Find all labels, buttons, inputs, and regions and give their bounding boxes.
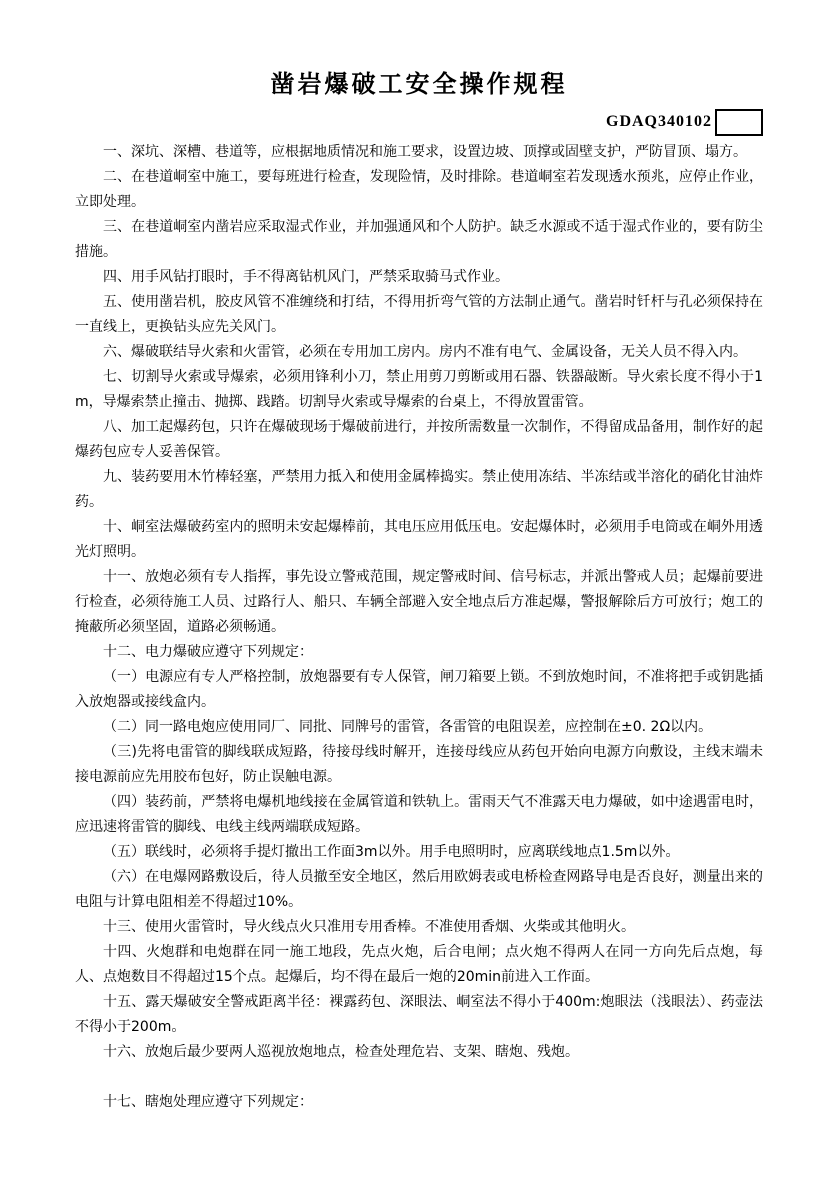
paragraph: 一、深坑、深槽、巷道等，应根据地质情况和施工要求，设置边坡、顶撑或固壁支护，严防… bbox=[75, 140, 763, 165]
paragraph: （一）电源应有专人严格控制，放炮器要有专人保管，闸刀箱要上锁。不到放炮时间，不准… bbox=[75, 665, 763, 715]
paragraph: 九、装药要用木竹棒轻塞，严禁用力抵入和使用金属棒捣实。禁止使用冻结、半冻结或半溶… bbox=[75, 465, 763, 515]
paragraph: 十一、放炮必须有专人指挥，事先设立警戒范围，规定警戒时间、信号标志，并派出警戒人… bbox=[75, 565, 763, 640]
paragraph: 十五、露天爆破安全警戒距离半径：裸露药包、深眼法、峒室法不得小于400m:炮眼法… bbox=[75, 990, 763, 1040]
paragraph: 十六、放炮后最少要两人巡视放炮地点，检查处理危岩、支架、瞎炮、残炮。 bbox=[75, 1040, 763, 1065]
paragraph: 十七、瞎炮处理应遵守下列规定： bbox=[75, 1090, 763, 1115]
document-body: 一、深坑、深槽、巷道等，应根据地质情况和施工要求，设置边坡、顶撑或固壁支护，严防… bbox=[75, 140, 763, 1115]
document-code: GDAQ340102 bbox=[606, 113, 712, 131]
paragraph: 八、加工起爆药包，只许在爆破现场于爆破前进行，并按所需数量一次制作，不得留成品备… bbox=[75, 415, 763, 465]
paragraph: 十四、火炮群和电炮群在同一施工地段，先点火炮，后合电闸；点火炮不得两人在同一方向… bbox=[75, 940, 763, 990]
paragraph: （二）同一路电炮应使用同厂、同批、同牌号的雷管，各雷管的电阻误差，应控制在±0.… bbox=[75, 715, 763, 740]
paragraph: （三)先将电雷管的脚线联成短路，待接母线时解开，连接母线应从药包开始向电源方向敷… bbox=[75, 740, 763, 790]
paragraph: 十、峒室法爆破药室内的照明未安起爆棒前，其电压应用低压电。安起爆体时，必须用手电… bbox=[75, 515, 763, 565]
paragraph: 三、在巷道峒室内凿岩应采取湿式作业，并加强通风和个人防护。缺乏水源或不适于湿式作… bbox=[75, 215, 763, 265]
paragraph: （五）联线时，必须将手提灯撤出工作面3m以外。用手电照明时，应离联线地点1.5m… bbox=[75, 840, 763, 865]
paragraph: 七、切割导火索或导爆索，必须用锋利小刀，禁止用剪刀剪断或用石器、铁器敲断。导火索… bbox=[75, 365, 763, 415]
paragraph: （六）在电爆网路敷设后，待人员撤至安全地区，然后用欧姆表或电桥检查网路导电是否良… bbox=[75, 865, 763, 915]
paragraph: 十三、使用火雷管时，导火线点火只准用专用香棒。不准使用香烟、火柴或其他明火。 bbox=[75, 915, 763, 940]
paragraph: 十二、电力爆破应遵守下列规定： bbox=[75, 640, 763, 665]
document-code-row: GDAQ340102 bbox=[75, 108, 763, 136]
paragraph: 四、用手风钻打眼时，手不得离钻机风门，严禁采取骑马式作业。 bbox=[75, 265, 763, 290]
code-entry-box bbox=[715, 109, 763, 136]
paragraph: 五、使用凿岩机，胶皮风管不准缠绕和打结，不得用折弯气管的方法制止通气。凿岩时钎杆… bbox=[75, 290, 763, 340]
paragraph: （四）装药前，严禁将电爆机地线接在金属管道和铁轨上。雷雨天气不准露天电力爆破，如… bbox=[75, 790, 763, 840]
document-title: 凿岩爆破工安全操作规程 bbox=[75, 70, 763, 100]
paragraph: 六、爆破联结导火索和火雷管，必须在专用加工房内。房内不准有电气、金属设备，无关人… bbox=[75, 340, 763, 365]
paragraph: 二、在巷道峒室中施工，要每班进行检查，发现险情，及时排除。巷道峒室若发现透水预兆… bbox=[75, 165, 763, 215]
blank-line bbox=[75, 1065, 763, 1090]
document-page: 凿岩爆破工安全操作规程 GDAQ340102 一、深坑、深槽、巷道等，应根据地质… bbox=[0, 0, 838, 1186]
